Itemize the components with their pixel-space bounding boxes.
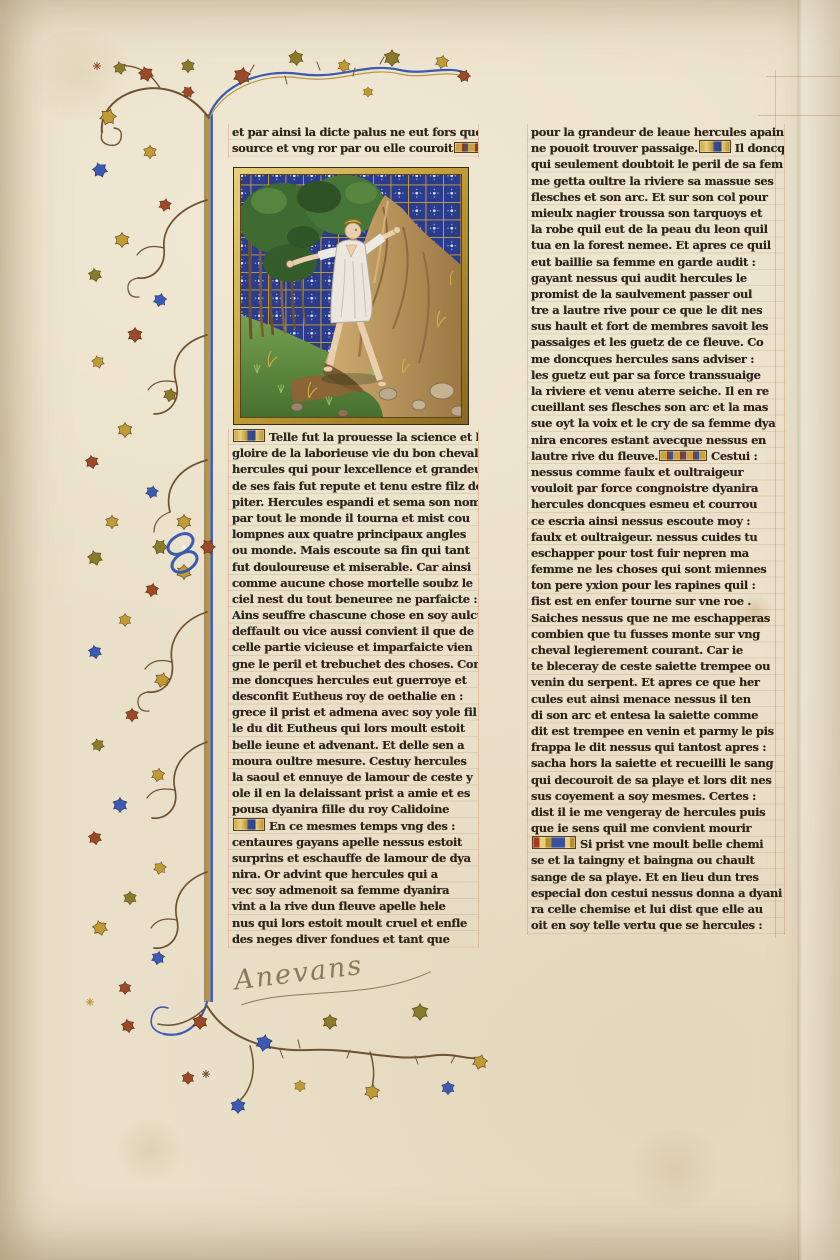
text-line: promist de la saulvement passer oul — [531, 286, 781, 302]
text-line: nus qui lors estoit moult cruel et enfle — [232, 915, 475, 931]
text-line: gne le peril et trebuchet des choses. Co… — [232, 656, 475, 672]
text-line: frappa le dit nessus qui tantost apres : — [531, 739, 781, 755]
illuminated-paraph-marker — [699, 140, 731, 153]
text-line: tua en la forest nemee. Et apres ce quil — [531, 237, 781, 253]
illuminated-filler-marker — [659, 450, 707, 461]
text-line: deffault ou vice aussi convient il que d… — [232, 623, 475, 639]
text-line: la robe quil eut de la peau du leon quil — [531, 221, 781, 237]
text-line: moura oultre mesure. Cestuy hercules — [232, 753, 475, 769]
text-line: mieulx nagier troussa son tarquoys et — [531, 205, 781, 221]
text-line: flesches et son arc. Et sur son col pour — [531, 189, 781, 205]
illuminated-paraph-marker — [233, 429, 265, 442]
stain — [110, 1120, 190, 1180]
text-line: lompnes aux quatre principaux angles — [232, 526, 475, 542]
text-line: nira. Or advint que hercules qui a — [232, 866, 475, 882]
text-line: nessus comme faulx et oultraigeur — [531, 464, 781, 480]
text-line: pour la grandeur de leaue hercules apain… — [531, 124, 781, 140]
text-line: que ie sens quil me convient mourir — [531, 820, 781, 836]
text-line: ou monde. Mais escoute sa fin qui tant — [232, 542, 475, 558]
text-line: vouloit par force congnoistre dyanira — [531, 480, 781, 496]
text-line: sus hault et fort de membres savoit les — [531, 318, 781, 334]
text-line: hercules qui pour lexcellence et grandeu… — [232, 461, 475, 477]
text-line: piter. Hercules espandi et sema son nom — [232, 494, 475, 510]
text-line: Ains seuffre chascune chose en soy aulcu… — [232, 607, 475, 623]
text-line: vint a la rive dun fleuve apelle hele — [232, 898, 475, 914]
miniature-hercules-painting — [233, 167, 469, 425]
text-line: qui seulement doubtoit le peril de sa fe… — [531, 156, 781, 172]
text-line: celle partie vicieuse et imparfaicte vie… — [232, 639, 475, 655]
text-line: comme aucune chose mortelle soubz le — [232, 575, 475, 591]
text-line: te bleceray de ceste saiette trempee ou — [531, 658, 781, 674]
text-line: faulx et oultraigeur. nessus cuides tu — [531, 529, 781, 545]
text-line: dist il ie me vengeray de hercules puis — [531, 804, 781, 820]
text-line: desconfit Eutheus roy de oethalie en : — [232, 688, 475, 704]
text-line: cheval legierement courant. Car ie — [531, 642, 781, 658]
text-line: ciel nest du tout beneuree ne parfaicte … — [232, 591, 475, 607]
text-line: vec soy admenoit sa femme dyanira — [232, 882, 475, 898]
text-line: me doncques hercules sans adviser : — [531, 351, 781, 367]
illuminated-paraph-marker — [233, 818, 265, 831]
text-line: eut baillie sa femme en garde audit : — [531, 254, 781, 270]
text-line: lautre rive du fleuve.Cestui : — [531, 448, 781, 464]
text-line: fist est en enfer tourne sur vne roe . — [531, 593, 781, 609]
text-line: me doncques hercules eut guerroye et — [232, 672, 475, 688]
text-line: ole il en la delaissant prist a amie et … — [232, 785, 475, 801]
text-line: par tout le monde il tourna et mist cou — [232, 510, 475, 526]
illuminated-paraph-wide-marker — [532, 836, 576, 849]
text-line: me getta oultre la riviere sa massue ses — [531, 173, 781, 189]
text-line: sacha hors la saiette et recueilli le sa… — [531, 755, 781, 771]
ruling-line-horizontal — [758, 115, 840, 116]
text-line: qui decouroit de sa playe et lors dit ne… — [531, 772, 781, 788]
stain — [20, 30, 140, 120]
text-line: le du dit Eutheus qui lors moult estoit — [232, 720, 475, 736]
ownership-inscription: Anevans — [233, 939, 460, 1035]
text-line: di son arc et entesa la saiette comme — [531, 707, 781, 723]
interlace-knot — [153, 515, 216, 580]
text-line: Saiches nessus que ne me eschapperas — [531, 610, 781, 626]
text-line: gayant nessus qui audit hercules le — [531, 270, 781, 286]
left-column-text: Telle fut la prouesse la science et lagl… — [228, 429, 479, 948]
text-line: En ce mesmes temps vng des : — [232, 818, 475, 834]
right-column-text: pour la grandeur de leaue hercules apain… — [527, 124, 785, 935]
text-line: tre a lautre rive pour ce que le dit nes — [531, 302, 781, 318]
text-line: fut douloureuse et miserable. Car ainsi — [232, 559, 475, 575]
text-line: ra celle chemise et lui dist que elle au — [531, 901, 781, 917]
text-line: cules eut ainsi menace nessus il ten — [531, 691, 781, 707]
text-line: oit en soy telle vertu que se hercules : — [531, 917, 781, 933]
text-line: et par ainsi la dicte palus ne eut fors … — [232, 124, 475, 140]
text-line: se et la taingny et baingna ou chault — [531, 852, 781, 868]
text-line: grece il prist et admena avec soy yole f… — [232, 704, 475, 720]
right-margin-fold — [797, 0, 840, 1260]
text-line: Si prist vne moult belle chemi — [531, 836, 781, 852]
text-line: ne pouoit trouver passaige.Il doncqs — [531, 140, 781, 156]
text-line: gloire de la laborieuse vie du bon cheva… — [232, 445, 475, 461]
text-line: passaiges et les guetz de ce fleuve. Co — [531, 334, 781, 350]
text-line: surprins et eschauffe de lamour de dya — [232, 850, 475, 866]
text-line: les guetz eut par sa force transsuaige — [531, 367, 781, 383]
text-line: sange de sa playe. Et en lieu dun tres — [531, 869, 781, 885]
text-line: sue oyt la voix et le cry de sa femme dy… — [531, 415, 781, 431]
text-line: especial don cestui nessus donna a dyani — [531, 885, 781, 901]
text-line: Telle fut la prouesse la science et la — [232, 429, 475, 445]
text-line: combien que tu fusses monte sur vng — [531, 626, 781, 642]
illuminated-filler-marker — [454, 142, 479, 153]
stain — [620, 1130, 730, 1210]
text-line: femme ne les choses qui sont miennes — [531, 561, 781, 577]
text-line: cueillant ses flesches son arc et la mas — [531, 399, 781, 415]
text-line: la riviere et venu aterre seiche. Il en … — [531, 383, 781, 399]
left-column-top-text: et par ainsi la dicte palus ne eut fors … — [228, 124, 479, 158]
text-line: sus coyement a soy mesmes. Certes : — [531, 788, 781, 804]
text-line: de ses fais fut repute et tenu estre fil… — [232, 478, 475, 494]
text-line: ce escria ainsi nessus escoute moy : — [531, 513, 781, 529]
text-line: venin du serpent. Et apres ce que her — [531, 674, 781, 690]
text-line: belle ieune et advenant. Et delle sen a — [232, 737, 475, 753]
text-line: nira encores estant avecque nessus en — [531, 432, 781, 448]
text-line: source et vng ror par ou elle couroit — [232, 140, 475, 156]
text-line: dit est trempee en venin et parmy le pis — [531, 723, 781, 739]
text-line: ton pere yxion pour les rapines quil : — [531, 577, 781, 593]
ruling-line-horizontal — [766, 76, 840, 77]
text-line: hercules doncques esmeu et courrou — [531, 496, 781, 512]
text-line: la saoul et ennuye de lamour de ceste y — [232, 769, 475, 785]
text-line: eschapper pour tost fuir nepren ma — [531, 545, 781, 561]
text-line: centaures gayans apelle nessus estoit — [232, 834, 475, 850]
text-line: pousa dyanira fille du roy Calidoine — [232, 801, 475, 817]
